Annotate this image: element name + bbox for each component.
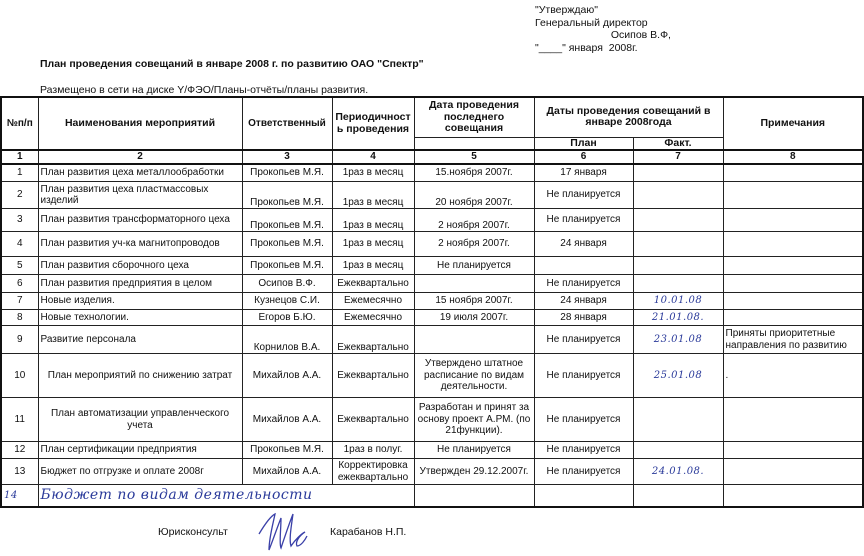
plan-date: 28 января — [534, 310, 633, 326]
meetings-table: №п/п Наименования мероприятий Ответствен… — [0, 96, 864, 508]
fact-date: 25.01.08 — [633, 354, 723, 398]
last-meeting-date: 15.ноября 2007г. — [414, 164, 534, 182]
event-name: План развития предприятия в целом — [38, 275, 242, 293]
notes — [723, 164, 863, 182]
event-name: Новые технологии. — [38, 310, 242, 326]
responsible: Прокопьев М.Я. — [242, 257, 332, 275]
responsible: Михайлов А.А. — [242, 398, 332, 442]
responsible: Прокопьев М.Я. — [242, 232, 332, 257]
row-number: 12 — [1, 442, 38, 459]
last-meeting-date: 19 июля 2007г. — [414, 310, 534, 326]
last-meeting-date: Разработан и принят за основу проект А.Р… — [414, 398, 534, 442]
periodicity: Ежемесячно — [332, 310, 414, 326]
last-meeting-date: Не планируется — [414, 442, 534, 459]
periodicity: 1раз в месяц — [332, 164, 414, 182]
row-number: 3 — [1, 209, 38, 232]
responsible: Осипов В.Ф. — [242, 275, 332, 293]
event-name: План развития сборочного цеха — [38, 257, 242, 275]
document-title: План проведения совещаний в январе 2008 … — [40, 58, 424, 70]
responsible: Прокопьев М.Я. — [242, 442, 332, 459]
periodicity: Ежеквартально — [332, 275, 414, 293]
last-meeting-date — [414, 326, 534, 354]
fact-date — [633, 398, 723, 442]
fact-date: 10.01.08 — [633, 293, 723, 310]
plan-date: Не планируется — [534, 182, 633, 209]
fact-date — [633, 275, 723, 293]
plan-date — [534, 485, 633, 507]
event-name: Развитие персонала — [38, 326, 242, 354]
table-row: 9Развитие персоналаКорнилов В.А.Ежекварт… — [1, 326, 863, 354]
row-number: 4 — [1, 232, 38, 257]
event-name: Бюджет по отгрузке и оплате 2008г — [38, 459, 242, 485]
notes — [723, 459, 863, 485]
signature-icon — [255, 510, 310, 556]
row-number: 14 — [1, 485, 38, 507]
plan-date: 24 января — [534, 293, 633, 310]
approval-line-2: Генеральный директор — [535, 17, 671, 30]
approval-line-3: Осипов В.Ф, — [535, 29, 671, 42]
fact-date — [633, 442, 723, 459]
responsible: Прокопьев М.Я. — [242, 164, 332, 182]
responsible: Михайлов А.А. — [242, 459, 332, 485]
column-number: 8 — [723, 150, 863, 164]
row-number: 2 — [1, 182, 38, 209]
periodicity: 1раз в полуг. — [332, 442, 414, 459]
periodicity: Ежемесячно — [332, 293, 414, 310]
notes — [723, 310, 863, 326]
table-row: 4План развития уч-ка магнитопроводовПрок… — [1, 232, 863, 257]
last-meeting-date: 2 ноября 2007г. — [414, 232, 534, 257]
table-row: 12План сертификации предприятияПрокопьев… — [1, 442, 863, 459]
plan-date: 17 января — [534, 164, 633, 182]
fact-date: 24.01.08. — [633, 459, 723, 485]
column-number: 6 — [534, 150, 633, 164]
last-meeting-date: 20 ноября 2007г. — [414, 182, 534, 209]
table-row: 10План мероприятий по снижению затратМих… — [1, 354, 863, 398]
responsible: Корнилов В.А. — [242, 326, 332, 354]
fact-date — [633, 209, 723, 232]
table-row: 8Новые технологии.Егоров Б.Ю.Ежемесячно1… — [1, 310, 863, 326]
header-name: Наименования мероприятий — [38, 97, 242, 150]
periodicity: 1раз в месяц — [332, 209, 414, 232]
event-name: План мероприятий по снижению затрат — [38, 354, 242, 398]
responsible: Прокопьев М.Я. — [242, 209, 332, 232]
responsible: Прокопьев М.Я. — [242, 182, 332, 209]
plan-date: Не планируется — [534, 398, 633, 442]
row-number: 10 — [1, 354, 38, 398]
table-row: 5План развития сборочного цехаПрокопьев … — [1, 257, 863, 275]
periodicity: 1раз в месяц — [332, 232, 414, 257]
notes — [723, 209, 863, 232]
notes — [723, 182, 863, 209]
plan-date — [534, 257, 633, 275]
row-number: 1 — [1, 164, 38, 182]
column-number-row: 12345678 — [1, 150, 863, 164]
notes: Приняты приоритетные направления по разв… — [723, 326, 863, 354]
header-jan-dates: Даты проведения совещаний в январе 2008г… — [534, 97, 723, 137]
periodicity: 1раз в месяц — [332, 257, 414, 275]
event-name: План развития уч-ка магнитопроводов — [38, 232, 242, 257]
plan-date: Не планируется — [534, 326, 633, 354]
notes — [723, 257, 863, 275]
header-notes: Примечания — [723, 97, 863, 150]
event-name: План сертификации предприятия — [38, 442, 242, 459]
row-number: 11 — [1, 398, 38, 442]
approval-line-1: "Утверждаю" — [535, 4, 671, 17]
row-number: 7 — [1, 293, 38, 310]
header-last-date: Дата проведения последнего совещания — [414, 97, 534, 137]
table-row: 3План развития трансформаторного цехаПро… — [1, 209, 863, 232]
column-number: 3 — [242, 150, 332, 164]
approval-line-4: "____" января 2008г. — [535, 42, 671, 55]
table-row: 7Новые изделия.Кузнецов С.И.Ежемесячно15… — [1, 293, 863, 310]
periodicity: 1раз в месяц — [332, 182, 414, 209]
table-row: 1План развития цеха металлообработкиПрок… — [1, 164, 863, 182]
notes: . — [723, 354, 863, 398]
periodicity: Ежеквартально — [332, 326, 414, 354]
header-last-date-sub — [414, 137, 534, 150]
header-plan: План — [534, 137, 633, 150]
plan-date: Не планируется — [534, 459, 633, 485]
row-number: 13 — [1, 459, 38, 485]
row-number: 9 — [1, 326, 38, 354]
footer-position: Юрисконсульт — [158, 526, 228, 538]
last-meeting-date: 15 ноября 2007г. — [414, 293, 534, 310]
fact-date — [633, 257, 723, 275]
table-row: 6План развития предприятия в целомОсипов… — [1, 275, 863, 293]
plan-date: Не планируется — [534, 209, 633, 232]
header-fact: Факт. — [633, 137, 723, 150]
plan-date: Не планируется — [534, 275, 633, 293]
event-name: Новые изделия. — [38, 293, 242, 310]
row-number: 6 — [1, 275, 38, 293]
table-row: 13Бюджет по отгрузке и оплате 2008гМихай… — [1, 459, 863, 485]
fact-date — [633, 164, 723, 182]
footer-name: Карабанов Н.П. — [330, 526, 406, 538]
fact-date — [633, 232, 723, 257]
last-meeting-date: 2 ноября 2007г. — [414, 209, 534, 232]
column-number: 1 — [1, 150, 38, 164]
plan-date: 24 января — [534, 232, 633, 257]
fact-date — [633, 485, 723, 507]
header-num: №п/п — [1, 97, 38, 150]
notes — [723, 485, 863, 507]
notes — [723, 442, 863, 459]
notes — [723, 293, 863, 310]
table-row: 2План развития цеха пластмассовых издели… — [1, 182, 863, 209]
fact-date: 21.01.08. — [633, 310, 723, 326]
notes — [723, 398, 863, 442]
responsible: Михайлов А.А. — [242, 354, 332, 398]
periodicity: Корректировка ежеквартально — [332, 459, 414, 485]
event-name: Бюджет по видам деятельности — [38, 485, 414, 507]
responsible: Егоров Б.Ю. — [242, 310, 332, 326]
notes — [723, 275, 863, 293]
placement-note: Размещено в сети на диске Y/ФЭО/Планы-от… — [40, 84, 368, 96]
last-meeting-date — [414, 485, 534, 507]
row-number: 8 — [1, 310, 38, 326]
event-name: План развития трансформаторного цеха — [38, 209, 242, 232]
responsible: Кузнецов С.И. — [242, 293, 332, 310]
event-name: План автоматизации управленческого учета — [38, 398, 242, 442]
periodicity: Ежеквартально — [332, 354, 414, 398]
column-number: 5 — [414, 150, 534, 164]
plan-date: Не планируется — [534, 354, 633, 398]
fact-date: 23.01.08 — [633, 326, 723, 354]
periodicity: Ежеквартально — [332, 398, 414, 442]
header-responsible: Ответственный — [242, 97, 332, 150]
column-number: 4 — [332, 150, 414, 164]
header-periodicity: Периодичность проведения — [332, 97, 414, 150]
last-meeting-date: Не планируется — [414, 257, 534, 275]
notes — [723, 232, 863, 257]
event-name: План развития цеха пластмассовых изделий — [38, 182, 242, 209]
fact-date — [633, 182, 723, 209]
last-meeting-date: Утвержден 29.12.2007г. — [414, 459, 534, 485]
approval-block: "Утверждаю" Генеральный директор Осипов … — [535, 4, 671, 54]
column-number: 7 — [633, 150, 723, 164]
table-row: 14Бюджет по видам деятельности — [1, 485, 863, 507]
event-name: План развития цеха металлообработки — [38, 164, 242, 182]
plan-date: Не планируется — [534, 442, 633, 459]
column-number: 2 — [38, 150, 242, 164]
last-meeting-date — [414, 275, 534, 293]
row-number: 5 — [1, 257, 38, 275]
table-row: 11План автоматизации управленческого уче… — [1, 398, 863, 442]
last-meeting-date: Утверждено штатное расписание по видам д… — [414, 354, 534, 398]
